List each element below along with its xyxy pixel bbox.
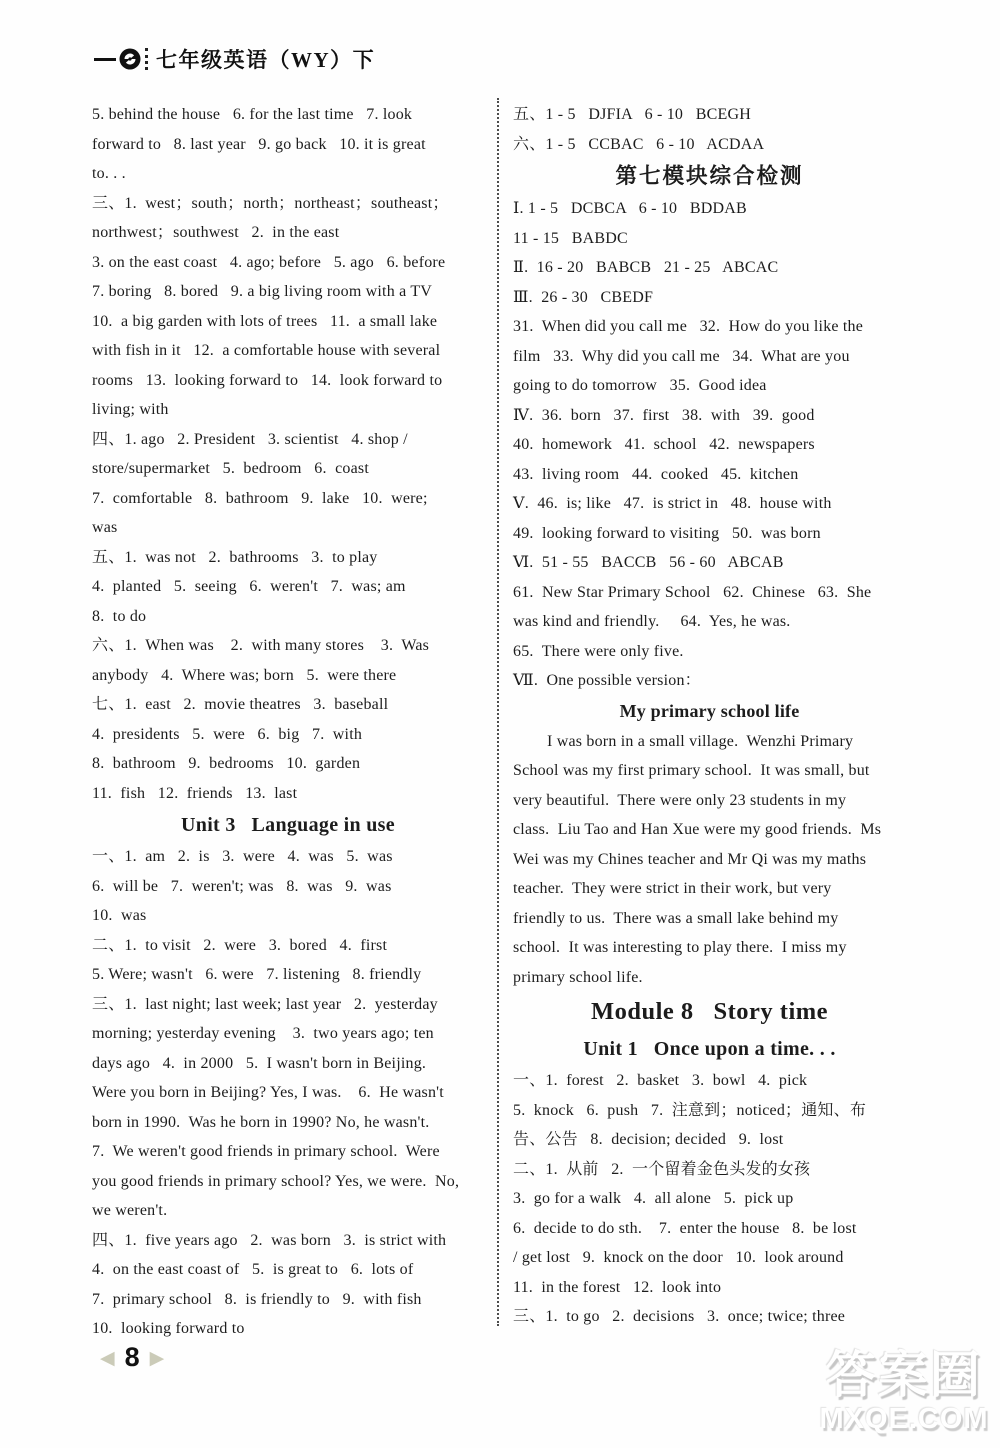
answer-text-line: you good friends in primary school? Yes,… bbox=[92, 1167, 484, 1197]
watermark-brand: 答案圈 bbox=[808, 1346, 1000, 1404]
answer-text-line: 5. behind the house 6. for the last time… bbox=[92, 100, 484, 130]
header-dash bbox=[94, 58, 116, 61]
answer-text-line: 5. knock 6. push 7. 注意到；noticed；通知、布 bbox=[513, 1096, 906, 1126]
answer-text-line: going to do tomorrow 35. Good idea bbox=[513, 371, 906, 401]
publisher-logo-icon bbox=[118, 47, 142, 71]
answer-text-line: 五、1 - 5 DJFIA 6 - 10 BCEGH bbox=[513, 100, 906, 130]
answer-text-line: was bbox=[92, 513, 484, 543]
answer-text-line: very beautiful. There were only 23 stude… bbox=[513, 786, 906, 816]
answer-text-line: 10. was bbox=[92, 901, 484, 931]
answer-text-line: 4. on the east coast of 5. is great to 6… bbox=[92, 1255, 484, 1285]
answer-text-line: Ⅱ. 16 - 20 BABCB 21 - 25 ABCAC bbox=[513, 253, 906, 283]
answer-text-line: 二、1. 从前 2. 一个留着金色头发的女孩 bbox=[513, 1155, 906, 1185]
answer-text-line: 六、1. When was 2. with many stores 3. Was bbox=[92, 631, 484, 661]
answer-text-line: 7. primary school 8. is friendly to 9. w… bbox=[92, 1285, 484, 1315]
answer-text-line: 8. bathroom 9. bedrooms 10. garden bbox=[92, 749, 484, 779]
answer-text-line: 三、1. west；south；north；northeast；southeas… bbox=[92, 189, 484, 219]
watermark: 答案圈 MXQE.COM bbox=[808, 1346, 1000, 1434]
page-footer: ◀ 8 ▶ bbox=[100, 1342, 164, 1373]
answers-right-column: 五、1 - 5 DJFIA 6 - 10 BCEGH六、1 - 5 CCBAC … bbox=[513, 100, 906, 1332]
answer-text-line: School was my first primary school. It w… bbox=[513, 756, 906, 786]
answer-text-line: 四、1. five years ago 2. was born 3. is st… bbox=[92, 1226, 484, 1256]
answer-text-line: rooms 13. looking forward to 14. look fo… bbox=[92, 366, 484, 396]
answer-text-line: teacher. They were strict in their work,… bbox=[513, 874, 906, 904]
answer-text-line: primary school life. bbox=[513, 963, 906, 993]
answer-text-line: born in 1990. Was he born in 1990? No, h… bbox=[92, 1108, 484, 1138]
answer-text-line: Module 8 Story time bbox=[513, 992, 906, 1032]
page-number: 8 bbox=[125, 1342, 140, 1373]
answer-text-line: Unit 1 Once upon a time. . . bbox=[513, 1032, 906, 1066]
answer-text-line: 61. New Star Primary School 62. Chinese … bbox=[513, 578, 906, 608]
answer-text-line: friendly to us. There was a small lake b… bbox=[513, 904, 906, 934]
answer-text-line: 四、1. ago 2. President 3. scientist 4. sh… bbox=[92, 425, 484, 455]
answer-text-line: we weren't. bbox=[92, 1196, 484, 1226]
watermark-site: MXQE.COM bbox=[808, 1404, 1000, 1434]
answer-text-line: film 33. Why did you call me 34. What ar… bbox=[513, 342, 906, 372]
answer-text-line: Ⅶ. One possible version： bbox=[513, 666, 906, 696]
prev-page-icon: ◀ bbox=[100, 1347, 115, 1369]
answer-text-line: 5. Were; wasn't 6. were 7. listening 8. … bbox=[92, 960, 484, 990]
next-page-icon: ▶ bbox=[150, 1347, 165, 1369]
answer-text-line: My primary school life bbox=[513, 696, 906, 727]
answer-text-line: 六、1 - 5 CCBAC 6 - 10 ACDAA bbox=[513, 130, 906, 160]
answer-text-line: 4. planted 5. seeing 6. weren't 7. was; … bbox=[92, 572, 484, 602]
answer-text-line: school. It was interesting to play there… bbox=[513, 933, 906, 963]
answer-text-line: 10. a big garden with lots of trees 11. … bbox=[92, 307, 484, 337]
answer-text-line: living; with bbox=[92, 395, 484, 425]
answer-text-line: 告、公告 8. decision; decided 9. lost bbox=[513, 1125, 906, 1155]
answer-text-line: Unit 3 Language in use bbox=[92, 808, 484, 842]
answer-text-line: Wei was my Chines teacher and Mr Qi was … bbox=[513, 845, 906, 875]
page-header: 七年级英语（WY）下 bbox=[94, 44, 375, 74]
header-divider bbox=[145, 48, 148, 70]
answer-text-line: 五、1. was not 2. bathrooms 3. to play bbox=[92, 543, 484, 573]
answer-text-line: 3. go for a walk 4. all alone 5. pick up bbox=[513, 1184, 906, 1214]
answer-text-line: 6. decide to do sth. 7. enter the house … bbox=[513, 1214, 906, 1244]
answer-text-line: anybody 4. Where was; born 5. were there bbox=[92, 661, 484, 691]
page-title: 七年级英语（WY）下 bbox=[156, 44, 375, 74]
answer-text-line: Were you born in Beijing? Yes, I was. 6.… bbox=[92, 1078, 484, 1108]
answers-left-column: 5. behind the house 6. for the last time… bbox=[92, 100, 484, 1344]
answer-text-line: Ⅵ. 51 - 55 BACCB 56 - 60 ABCAB bbox=[513, 548, 906, 578]
answer-text-line: morning; yesterday evening 3. two years … bbox=[92, 1019, 484, 1049]
answer-text-line: 一、1. am 2. is 3. were 4. was 5. was bbox=[92, 842, 484, 872]
answer-text-line: 七、1. east 2. movie theatres 3. baseball bbox=[92, 690, 484, 720]
answer-text-line: class. Liu Tao and Han Xue were my good … bbox=[513, 815, 906, 845]
answer-text-line: 一、1. forest 2. basket 3. bowl 4. pick bbox=[513, 1066, 906, 1096]
answer-text-line: 10. looking forward to bbox=[92, 1314, 484, 1344]
answer-text-line: forward to 8. last year 9. go back 10. i… bbox=[92, 130, 484, 160]
answer-text-line: days ago 4. in 2000 5. I wasn't born in … bbox=[92, 1049, 484, 1079]
answer-text-line: to. . . bbox=[92, 159, 484, 189]
answer-text-line: 4. presidents 5. were 6. big 7. with bbox=[92, 720, 484, 750]
answer-text-line: Ⅳ. 36. born 37. first 38. with 39. good bbox=[513, 401, 906, 431]
answer-text-line: 40. homework 41. school 42. newspapers bbox=[513, 430, 906, 460]
answer-text-line: 11. in the forest 12. look into bbox=[513, 1273, 906, 1303]
answer-text-line: 3. on the east coast 4. ago; before 5. a… bbox=[92, 248, 484, 278]
answer-text-line: Ⅰ. 1 - 5 DCBCA 6 - 10 BDDAB bbox=[513, 194, 906, 224]
answer-text-line: with fish in it 12. a comfortable house … bbox=[92, 336, 484, 366]
answer-text-line: 7. We weren't good friends in primary sc… bbox=[92, 1137, 484, 1167]
answer-text-line: 11 - 15 BABDC bbox=[513, 224, 906, 254]
answer-text-line: 三、1. last night; last week; last year 2.… bbox=[92, 990, 484, 1020]
workbook-answer-page: 七年级英语（WY）下 5. behind the house 6. for th… bbox=[0, 0, 1000, 1448]
answer-text-line: 7. boring 8. bored 9. a big living room … bbox=[92, 277, 484, 307]
answer-text-line: 43. living room 44. cooked 45. kitchen bbox=[513, 460, 906, 490]
answer-text-line: northwest；southwest 2. in the east bbox=[92, 218, 484, 248]
answer-text-line: 65. There were only five. bbox=[513, 637, 906, 667]
answer-text-line: / get lost 9. knock on the door 10. look… bbox=[513, 1243, 906, 1273]
answer-text-line: 31. When did you call me 32. How do you … bbox=[513, 312, 906, 342]
answer-text-line: Ⅲ. 26 - 30 CBEDF bbox=[513, 283, 906, 313]
answer-text-line: 三、1. to go 2. decisions 3. once; twice; … bbox=[513, 1302, 906, 1332]
answer-text-line: 11. fish 12. friends 13. last bbox=[92, 779, 484, 809]
answer-text-line: 第七模块综合检测 bbox=[513, 159, 906, 194]
answer-text-line: 8. to do bbox=[92, 602, 484, 632]
answer-text-line: store/supermarket 5. bedroom 6. coast bbox=[92, 454, 484, 484]
answer-text-line: 6. will be 7. weren't; was 8. was 9. was bbox=[92, 872, 484, 902]
answer-text-line: 二、1. to visit 2. were 3. bored 4. first bbox=[92, 931, 484, 961]
answer-text-line: 49. looking forward to visiting 50. was … bbox=[513, 519, 906, 549]
answer-text-line: was kind and friendly. 64. Yes, he was. bbox=[513, 607, 906, 637]
answer-text-line: 7. comfortable 8. bathroom 9. lake 10. w… bbox=[92, 484, 484, 514]
column-divider bbox=[497, 98, 499, 1326]
answer-text-line: Ⅴ. 46. is; like 47. is strict in 48. hou… bbox=[513, 489, 906, 519]
answer-text-line: I was born in a small village. Wenzhi Pr… bbox=[513, 727, 906, 757]
